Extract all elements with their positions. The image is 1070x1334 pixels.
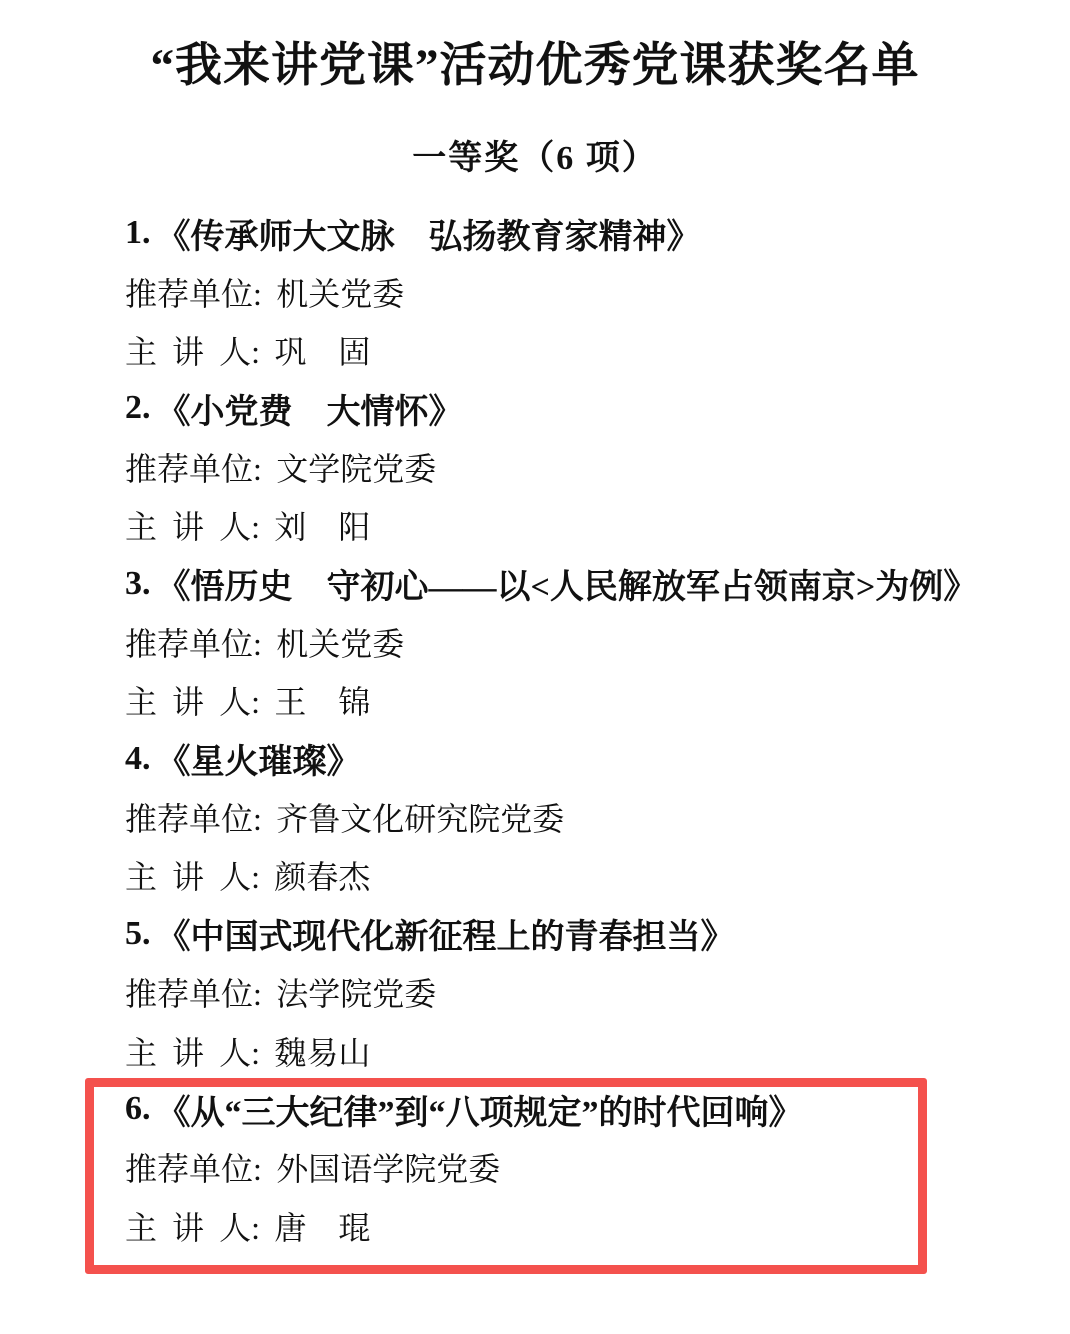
unit-label: 推荐单位: xyxy=(125,269,262,315)
document-page: “我来讲党课”活动优秀党课获奖名单 一等奖（6 项） 1.《传承师大文脉 弘扬教… xyxy=(0,0,1070,1334)
unit-value: 机关党委 xyxy=(276,269,404,315)
speaker-value: 魏易山 xyxy=(274,1028,370,1074)
award-title-line: 3.《悟历史 守初心——以<人民解放军占领南京>为例》 xyxy=(125,554,1010,612)
speaker-line: 主 讲 人: 唐 琨 xyxy=(125,1197,1010,1255)
speaker-line: 主 讲 人: 刘 阳 xyxy=(125,496,1010,554)
speaker-value: 刘 阳 xyxy=(274,502,370,548)
unit-label: 推荐单位: xyxy=(125,444,262,490)
award-title: 《小党费 大情怀》 xyxy=(157,384,463,433)
award-title: 《中国式现代化新征程上的青春担当》 xyxy=(157,909,735,958)
award-number: 4. xyxy=(125,740,151,778)
recommending-unit-line: 推荐单位: 齐鲁文化研究院党委 xyxy=(125,788,1010,846)
award-title-line: 5.《中国式现代化新征程上的青春担当》 xyxy=(125,905,1010,963)
award-title-line: 2.《小党费 大情怀》 xyxy=(125,379,1010,437)
unit-label: 推荐单位: xyxy=(125,794,262,840)
speaker-line: 主 讲 人: 巩 固 xyxy=(125,321,1010,379)
speaker-line: 主 讲 人: 颜春杰 xyxy=(125,846,1010,904)
speaker-label: 主 讲 人: xyxy=(125,1028,260,1074)
speaker-label: 主 讲 人: xyxy=(125,1203,260,1249)
speaker-value: 唐 琨 xyxy=(274,1203,370,1249)
unit-label: 推荐单位: xyxy=(125,969,262,1015)
document-title: “我来讲党课”活动优秀党课获奖名单 xyxy=(0,28,1070,95)
speaker-value: 王 锦 xyxy=(274,677,370,723)
award-title-line: 4.《星火璀璨》 xyxy=(125,730,1010,788)
award-item-2: 2.《小党费 大情怀》 推荐单位: 文学院党委 主 讲 人: 刘 阳 xyxy=(125,379,1010,554)
award-title-line: 6.《从“三大纪律”到“八项规定”的时代回响》 xyxy=(125,1080,1010,1138)
speaker-value: 颜春杰 xyxy=(274,852,370,898)
award-number: 2. xyxy=(125,389,151,427)
speaker-label: 主 讲 人: xyxy=(125,852,260,898)
award-title-line: 1.《传承师大文脉 弘扬教育家精神》 xyxy=(125,204,1010,262)
award-item-4: 4.《星火璀璨》 推荐单位: 齐鲁文化研究院党委 主 讲 人: 颜春杰 xyxy=(125,730,1010,905)
award-number: 1. xyxy=(125,214,151,252)
unit-label: 推荐单位: xyxy=(125,1144,262,1190)
unit-value: 外国语学院党委 xyxy=(276,1144,500,1190)
recommending-unit-line: 推荐单位: 机关党委 xyxy=(125,262,1010,320)
award-number: 6. xyxy=(125,1090,151,1128)
recommending-unit-line: 推荐单位: 法学院党委 xyxy=(125,963,1010,1021)
award-list: 1.《传承师大文脉 弘扬教育家精神》 推荐单位: 机关党委 主 讲 人: 巩 固… xyxy=(125,204,1010,1255)
speaker-label: 主 讲 人: xyxy=(125,502,260,548)
speaker-label: 主 讲 人: xyxy=(125,327,260,373)
award-tier-heading: 一等奖（6 项） xyxy=(0,130,1070,179)
award-item-6: 6.《从“三大纪律”到“八项规定”的时代回响》 推荐单位: 外国语学院党委 主 … xyxy=(125,1080,1010,1255)
recommending-unit-line: 推荐单位: 机关党委 xyxy=(125,613,1010,671)
unit-value: 文学院党委 xyxy=(276,444,436,490)
recommending-unit-line: 推荐单位: 外国语学院党委 xyxy=(125,1138,1010,1196)
award-title: 《传承师大文脉 弘扬教育家精神》 xyxy=(157,209,701,258)
unit-label: 推荐单位: xyxy=(125,619,262,665)
award-item-3: 3.《悟历史 守初心——以<人民解放军占领南京>为例》 推荐单位: 机关党委 主… xyxy=(125,554,1010,729)
award-number: 5. xyxy=(125,915,151,953)
award-title: 《从“三大纪律”到“八项规定”的时代回响》 xyxy=(157,1085,803,1134)
unit-value: 齐鲁文化研究院党委 xyxy=(276,794,564,840)
speaker-value: 巩 固 xyxy=(274,327,370,373)
speaker-line: 主 讲 人: 魏易山 xyxy=(125,1021,1010,1079)
award-item-5: 5.《中国式现代化新征程上的青春担当》 推荐单位: 法学院党委 主 讲 人: 魏… xyxy=(125,905,1010,1080)
award-number: 3. xyxy=(125,565,151,603)
award-title: 《星火璀璨》 xyxy=(157,734,361,783)
unit-value: 机关党委 xyxy=(276,619,404,665)
award-title: 《悟历史 守初心——以<人民解放军占领南京>为例》 xyxy=(157,559,978,608)
speaker-line: 主 讲 人: 王 锦 xyxy=(125,671,1010,729)
unit-value: 法学院党委 xyxy=(276,969,436,1015)
award-item-1: 1.《传承师大文脉 弘扬教育家精神》 推荐单位: 机关党委 主 讲 人: 巩 固 xyxy=(125,204,1010,379)
speaker-label: 主 讲 人: xyxy=(125,677,260,723)
recommending-unit-line: 推荐单位: 文学院党委 xyxy=(125,438,1010,496)
